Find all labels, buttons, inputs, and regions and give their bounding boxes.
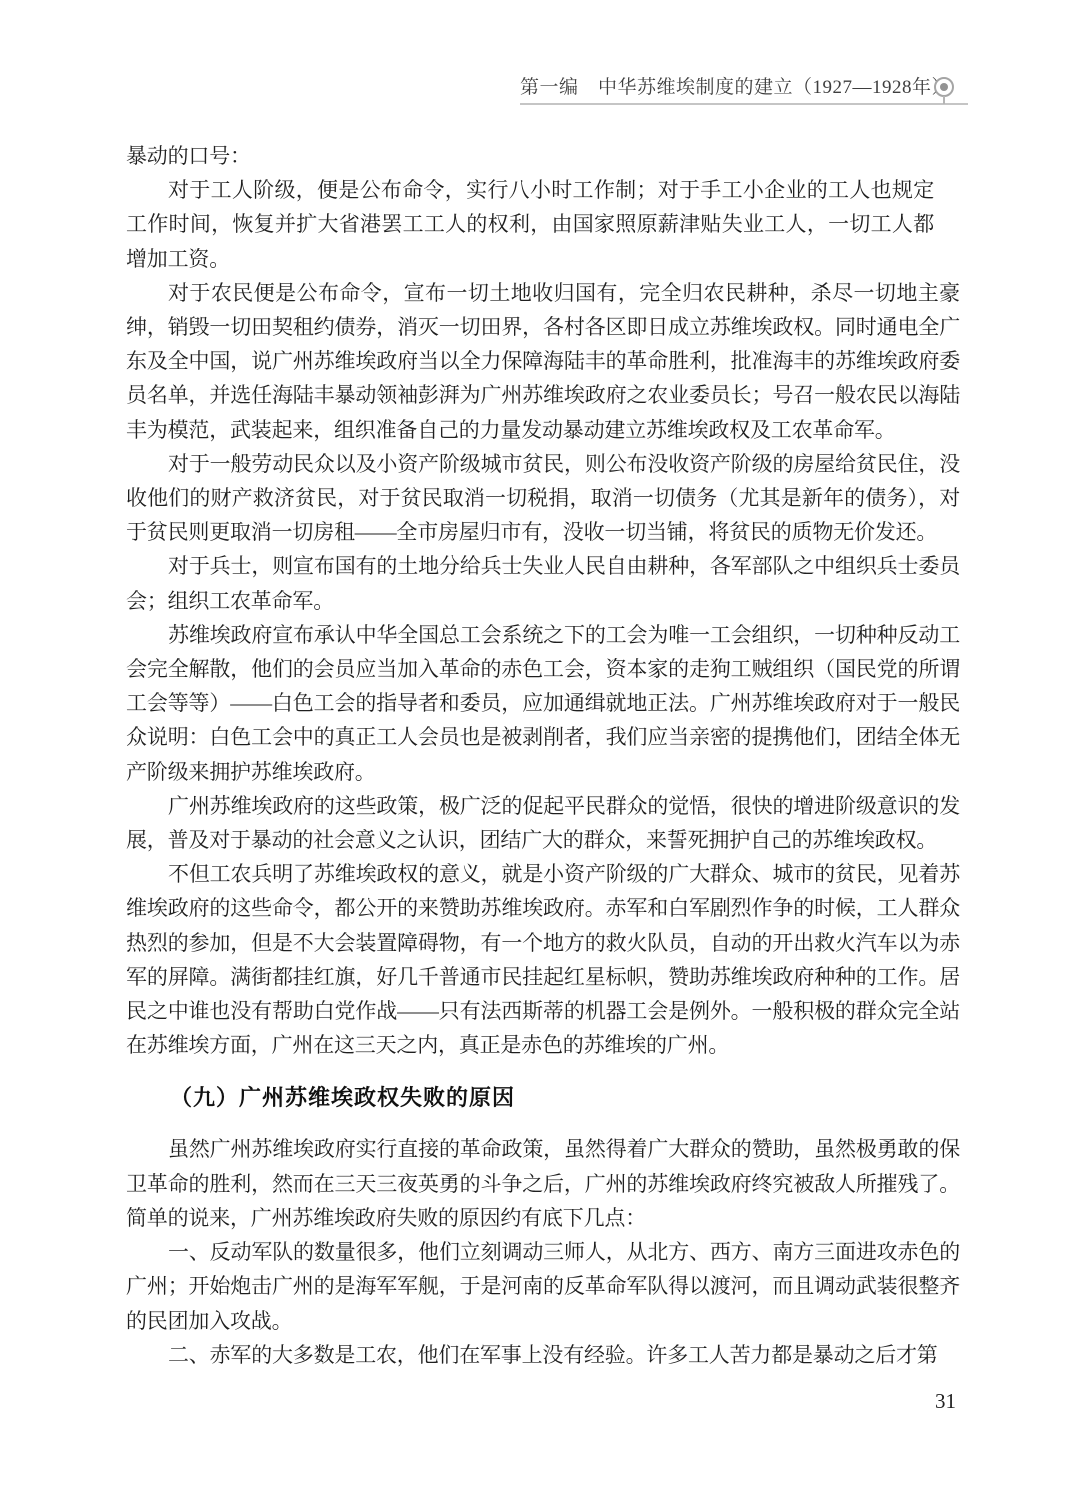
paragraph-11: 二、赤军的大多数是工农，他们在军事上没有经验。许多工人苦力都是暴动之后才第	[126, 1338, 960, 1372]
book-page: 第一编 中华苏维埃制度的建立（1927—1928年） 暴动的口号： 对于工人阶级…	[0, 0, 1083, 1508]
paragraph-7: 广州苏维埃政府的这些政策，极广泛的促起平民群众的觉悟，很快的增进阶级意识的发展，…	[126, 789, 960, 857]
section-heading: （九）广州苏维埃政权失败的原因	[126, 1083, 960, 1113]
header-rule	[520, 103, 968, 105]
paragraph-9: 虽然广州苏维埃政府实行直接的革命政策，虽然得着广大群众的赞助，虽然极勇敢的保卫革…	[126, 1132, 960, 1235]
paragraph-10: 一、反动军队的数量很多，他们立刻调动三师人，从北方、西方、南方三面进攻赤色的广州…	[126, 1235, 960, 1338]
page-number: 31	[126, 1389, 956, 1414]
paragraph-6: 苏维埃政府宣布承认中华全国总工会系统之下的工会为唯一工会组织，一切种种反动工会完…	[126, 618, 960, 789]
running-header-title: 第一编 中华苏维埃制度的建立（1927—1928年）	[520, 72, 928, 99]
paragraph-5: 对于兵士，则宣布国有的土地分给兵士失业人民自由耕种，各军部队之中组织兵士委员会；…	[126, 549, 960, 617]
paragraph-2: 对于工人阶级，便是公布命令，实行八小时工作制；对于手工小企业的工人也规定工作时间…	[126, 173, 960, 276]
concentric-circle-icon	[934, 77, 954, 97]
header-marker-stem	[943, 96, 945, 104]
paragraph-8: 不但工农兵明了苏维埃政权的意义，就是小资产阶级的广大群众、城市的贫民，见着苏维埃…	[126, 857, 960, 1062]
page-body: 暴动的口号： 对于工人阶级，便是公布命令，实行八小时工作制；对于手工小企业的工人…	[126, 139, 960, 1372]
paragraph-1: 暴动的口号：	[126, 139, 960, 173]
paragraph-4: 对于一般劳动民众以及小资产阶级城市贫民，则公布没收资产阶级的房屋给贫民住，没收他…	[126, 447, 960, 550]
paragraph-3: 对于农民便是公布命令，宣布一切土地收归国有，完全归农民耕种，杀尽一切地主豪绅，销…	[126, 276, 960, 447]
